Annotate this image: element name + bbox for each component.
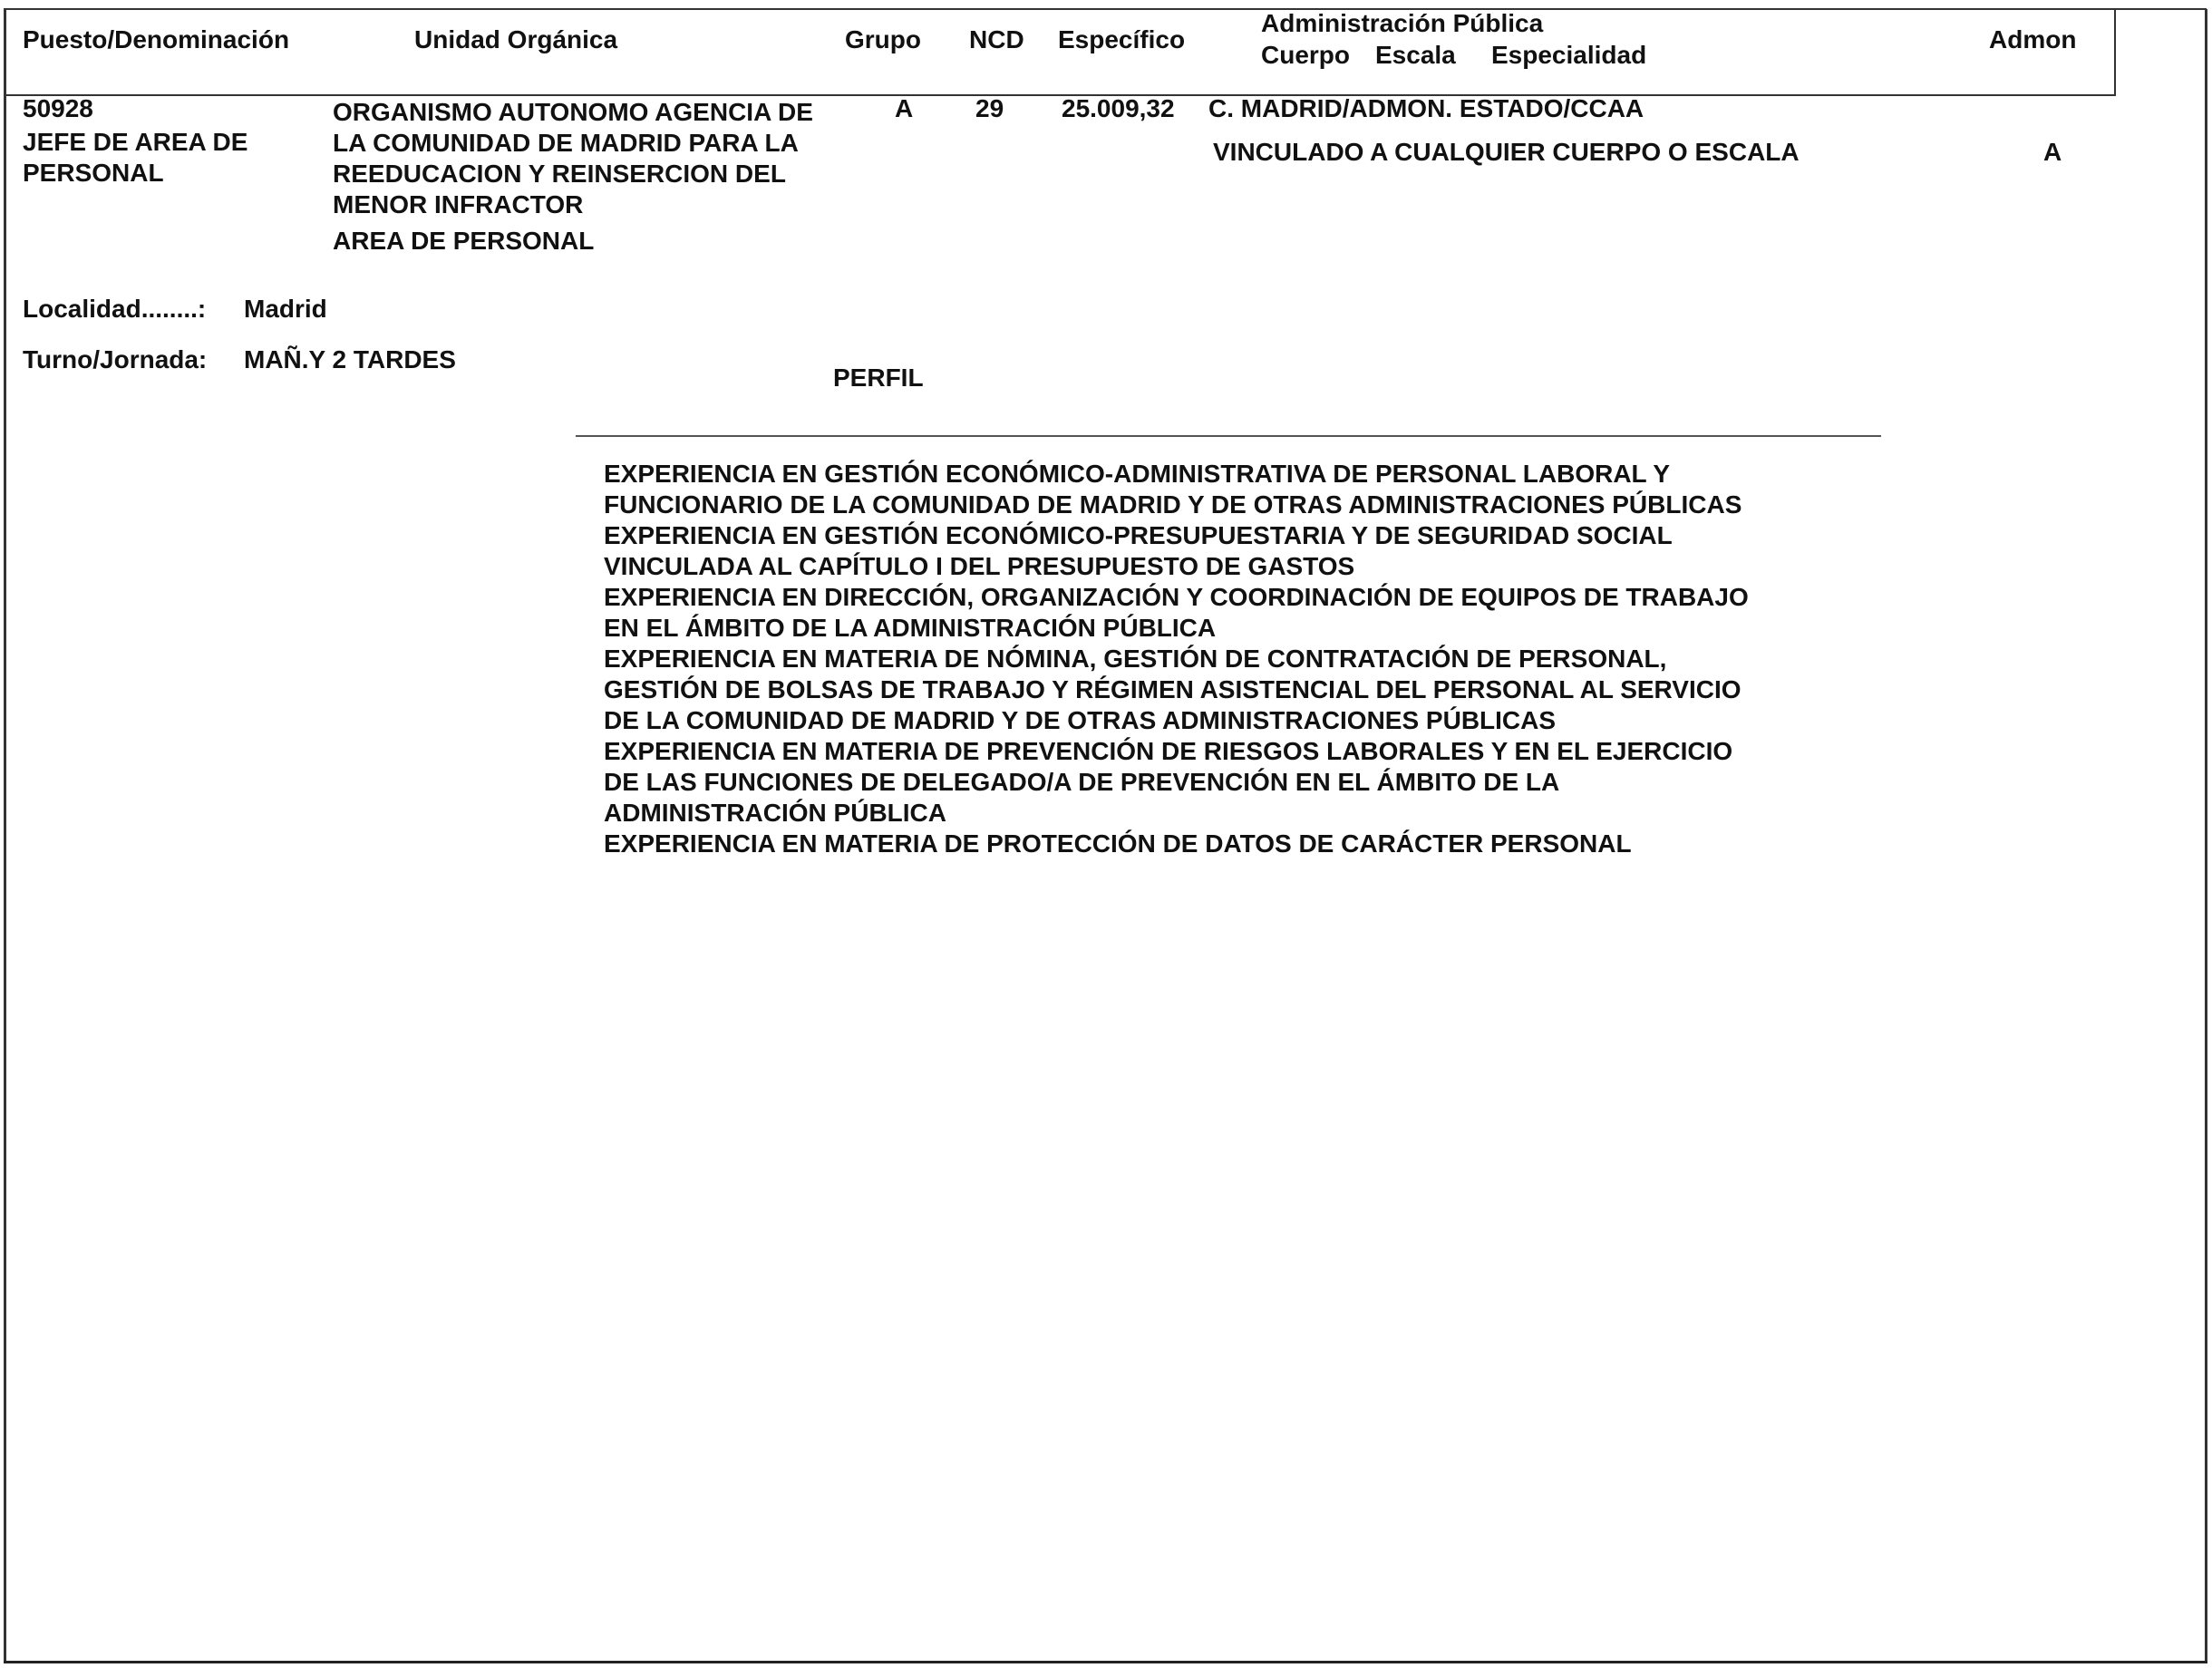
perfil-line: DE LAS FUNCIONES DE DELEGADO/A DE PREVEN… (604, 767, 1749, 798)
header-escala: Escala (1375, 41, 1456, 70)
perfil-divider (576, 435, 1881, 437)
perfil-line: EXPERIENCIA EN MATERIA DE PREVENCIÓN DE … (604, 736, 1749, 767)
record-ncd: 29 (975, 94, 1004, 123)
header-unidad: Unidad Orgánica (414, 25, 617, 54)
perfil-line: EXPERIENCIA EN MATERIA DE NÓMINA, GESTIÓ… (604, 644, 1749, 674)
unidad-line: LA COMUNIDAD DE MADRID PARA LA (333, 128, 813, 159)
denominacion-line: JEFE DE AREA DE (23, 127, 247, 158)
localidad-label: Localidad........: (23, 295, 206, 324)
record-code: 50928 (23, 94, 93, 123)
record-especifico: 25.009,32 (1062, 94, 1175, 123)
perfil-line: EXPERIENCIA EN MATERIA DE PROTECCIÓN DE … (604, 829, 1749, 859)
record-grupo: A (895, 94, 913, 123)
record-administracion: C. MADRID/ADMON. ESTADO/CCAA (1208, 94, 1644, 123)
perfil-line: FUNCIONARIO DE LA COMUNIDAD DE MADRID Y … (604, 490, 1749, 520)
header-grupo: Grupo (845, 25, 921, 54)
perfil-line: DE LA COMUNIDAD DE MADRID Y DE OTRAS ADM… (604, 705, 1749, 736)
record-cuerpo-escala: VINCULADO A CUALQUIER CUERPO O ESCALA (1213, 138, 1800, 167)
localidad-value: Madrid (244, 295, 327, 324)
perfil-line: VINCULADA AL CAPÍTULO I DEL PRESUPUESTO … (604, 551, 1749, 582)
header-ncd: NCD (969, 25, 1024, 54)
header-admon: Admon (1989, 25, 2076, 54)
unidad-line: ORGANISMO AUTONOMO AGENCIA DE (333, 97, 813, 128)
header-cuerpo: Cuerpo (1261, 41, 1350, 70)
unidad-line: REEDUCACION Y REINSERCION DEL (333, 159, 813, 189)
denominacion-line: PERSONAL (23, 158, 247, 189)
perfil-line: EN EL ÁMBITO DE LA ADMINISTRACIÓN PÚBLIC… (604, 613, 1749, 644)
perfil-line: EXPERIENCIA EN GESTIÓN ECONÓMICO-ADMINIS… (604, 459, 1749, 490)
perfil-line: ADMINISTRACIÓN PÚBLICA (604, 798, 1749, 829)
record-admon: A (2043, 138, 2062, 167)
turno-label: Turno/Jornada: (23, 345, 207, 374)
header-puesto: Puesto/Denominación (23, 25, 289, 54)
perfil-line: GESTIÓN DE BOLSAS DE TRABAJO Y RÉGIMEN A… (604, 674, 1749, 705)
perfil-line: EXPERIENCIA EN DIRECCIÓN, ORGANIZACIÓN Y… (604, 582, 1749, 613)
unidad-line: MENOR INFRACTOR (333, 189, 813, 220)
perfil-title: PERFIL (833, 364, 924, 393)
perfil-list: EXPERIENCIA EN GESTIÓN ECONÓMICO-ADMINIS… (604, 459, 1749, 859)
perfil-line: EXPERIENCIA EN GESTIÓN ECONÓMICO-PRESUPU… (604, 520, 1749, 551)
frame-bottom-border (4, 1661, 2207, 1663)
record-area: AREA DE PERSONAL (333, 226, 813, 257)
header-especialidad: Especialidad (1491, 41, 1646, 70)
turno-value: MAÑ.Y 2 TARDES (244, 345, 456, 374)
record-denominacion: JEFE DE AREA DE PERSONAL (23, 127, 247, 189)
header-admin-publica: Administración Pública (1261, 9, 1543, 38)
frame-left-border (4, 9, 6, 1663)
header-top-rule (2116, 8, 2207, 10)
record-unidad-organica: ORGANISMO AUTONOMO AGENCIA DE LA COMUNID… (333, 97, 813, 257)
frame-right-border (2205, 9, 2207, 1663)
header-especifico: Específico (1058, 25, 1185, 54)
